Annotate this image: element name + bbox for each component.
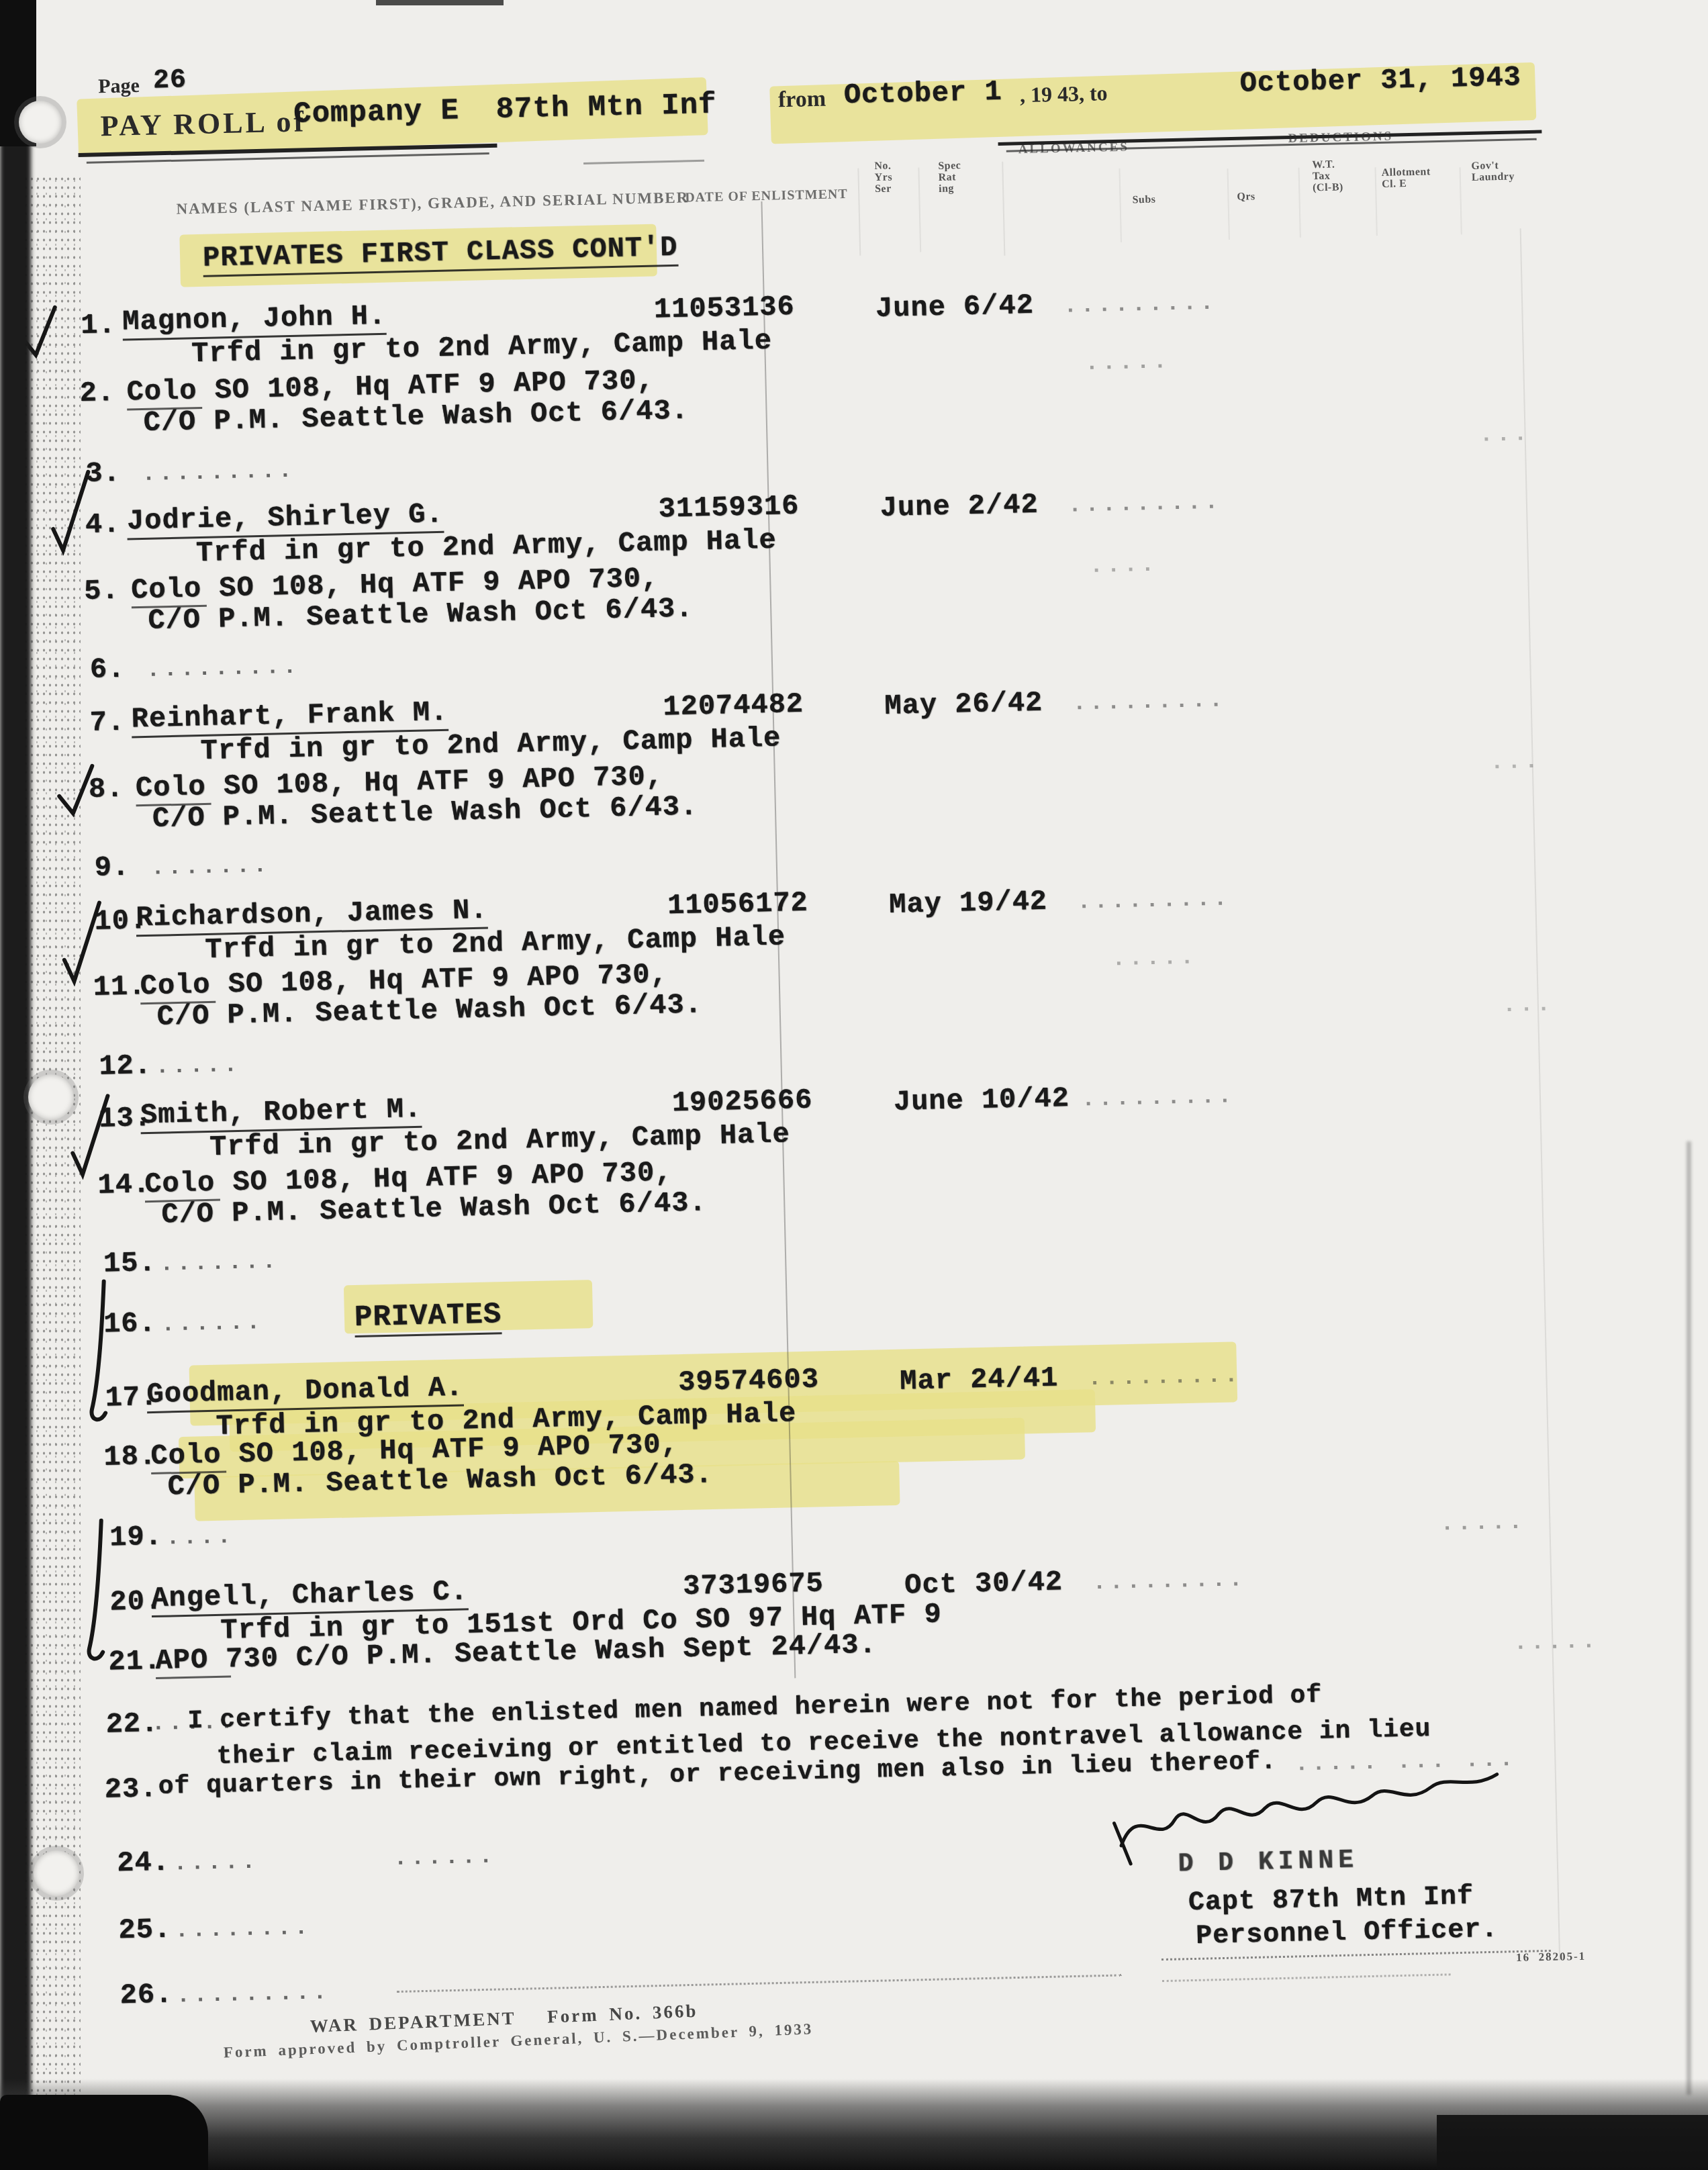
column-divider	[918, 168, 921, 252]
entry-blank-dots: ......	[393, 1844, 496, 1872]
column-divider	[1460, 167, 1462, 234]
entry-number: 7.	[89, 706, 125, 739]
punch-hole	[34, 1850, 79, 1896]
entry-serial: 19025666	[671, 1084, 813, 1120]
punch-hole	[28, 1074, 74, 1120]
entry-number: 9.	[94, 851, 130, 884]
column-divider	[1119, 169, 1121, 242]
section-header-privates: PRIVATES	[354, 1298, 502, 1337]
column-header-subs: Subs	[1132, 195, 1155, 207]
entry-blank-dots: .....	[155, 1053, 241, 1080]
entry-serial: 11056172	[667, 887, 809, 923]
entry-number: 5.	[84, 575, 120, 608]
column-header-allowances: ALLOWANCES	[1018, 140, 1130, 157]
page-label: Page	[98, 75, 140, 98]
scan-edge-speckle	[23, 175, 81, 2095]
entry-serial: 31159316	[658, 490, 800, 526]
entry-date: June 6/42	[875, 289, 1035, 325]
column-header-spec-rating: Spec Rat ing	[938, 160, 961, 195]
entry-number: 12.	[99, 1049, 152, 1083]
entry-number: 23.	[104, 1773, 158, 1806]
form-dotted-leader: ....	[1089, 553, 1157, 579]
entry-number: 2.	[79, 377, 115, 410]
entry-leader-dots: .........	[1092, 1567, 1246, 1596]
page-number: 26	[153, 65, 187, 96]
document-content: Page 26 PAY ROLL of Company E 87th Mtn I…	[0, 0, 1708, 2170]
column-header-deductions: DEDUCTIONS	[1288, 130, 1393, 147]
column-header-laundry: Gov't Laundry	[1471, 160, 1515, 183]
entry-blank-dots: .......	[160, 1249, 280, 1278]
entry-date: May 19/42	[889, 886, 1048, 921]
entry-date: June 2/42	[880, 489, 1039, 524]
scan-blob-bottom-right	[1437, 2115, 1708, 2170]
form-dotted-leader: ...	[1479, 422, 1531, 449]
form-dotted-leader: .....	[1085, 349, 1171, 377]
footer-dotted-rule	[397, 1974, 1122, 1993]
column-header-tax: W.T. Tax (Cl-B)	[1312, 159, 1343, 193]
entry-blank-dots: ........	[175, 1916, 312, 1944]
entry-number: 18.	[103, 1440, 157, 1474]
entry-number: 26.	[120, 1979, 173, 2012]
scan-blob-bottom-left	[0, 2095, 208, 2170]
entry-date: June 10/42	[893, 1082, 1070, 1119]
form-dotted-leader: .....	[1513, 1629, 1599, 1656]
entry-number: 1.	[81, 309, 116, 342]
footer-dotted-rule	[1162, 1973, 1451, 1982]
column-header-date-enlistment: DATE OF ENLISTMENT	[685, 187, 848, 205]
column-divider	[1298, 168, 1301, 238]
entry-serial: 39574603	[678, 1363, 820, 1399]
column-header-names: NAMES (LAST NAME FIRST), GRADE, AND SERI…	[176, 189, 689, 218]
period-mid-label: , 19 43, to	[1020, 81, 1108, 107]
entry-blank-dots: .......	[150, 853, 271, 882]
entry-number: 6.	[89, 653, 125, 686]
entry-leader-dots: .........	[1067, 490, 1221, 519]
form-dotted-leader: .....	[1440, 1510, 1526, 1538]
entry-blank-dots: .........	[176, 1980, 330, 2009]
form-dotted-leader: ...	[1490, 749, 1541, 776]
entry-number: 19.	[109, 1521, 163, 1554]
period-to-date: October 31, 1943	[1239, 61, 1521, 99]
payroll-document-page: Page 26 PAY ROLL of Company E 87th Mtn I…	[0, 0, 1708, 2170]
entry-leader-dots: .........	[1063, 291, 1217, 320]
entry-leader-dots: .........	[1088, 1363, 1241, 1392]
scan-edge-right	[1687, 1141, 1691, 2095]
header-rule	[583, 160, 704, 164]
column-header-yrs-ser: No. Yrs Ser	[874, 161, 893, 195]
entry-date: Oct 30/42	[904, 1566, 1063, 1601]
entry-serial: 37319675	[683, 1567, 824, 1603]
signature-underline	[1161, 1950, 1551, 1961]
signature-typed-name: D D KINNE	[1178, 1846, 1358, 1879]
column-divider	[1002, 162, 1005, 256]
entry-date: May 26/42	[884, 687, 1043, 722]
entry-serial: 12074482	[663, 688, 804, 724]
print-code: 16 28205-1	[1516, 1950, 1586, 1965]
entry-number: 15.	[103, 1247, 157, 1280]
column-divider	[1227, 169, 1230, 240]
entry-blank-dots: ....	[166, 1524, 234, 1551]
entry-serial: 11053136	[654, 291, 796, 326]
entry-leader-dots: .........	[1077, 886, 1231, 915]
entry-leader-dots: .........	[1081, 1084, 1235, 1113]
entry-number: 24.	[117, 1846, 171, 1880]
punch-hole	[19, 101, 62, 144]
column-header-allotment: Allotment Cl. E	[1382, 167, 1431, 190]
entry-leader-dots: .........	[1072, 688, 1226, 716]
entry-date: Mar 24/41	[900, 1362, 1059, 1397]
form-dotted-leader: .....	[1112, 945, 1198, 973]
entry-number: 25.	[118, 1914, 172, 1947]
entry-blank-dots: .........	[146, 655, 300, 683]
scan-top-smear	[376, 0, 504, 5]
column-header-qrs: Qrs	[1237, 191, 1255, 203]
right-column-rule	[1520, 228, 1561, 1960]
checkmark-annotation	[75, 1277, 121, 1435]
signature-rank: Capt 87th Mtn Inf	[1188, 1882, 1474, 1919]
entry-blank-dots: ......	[161, 1310, 264, 1337]
entry-blank-dots: .....	[173, 1850, 259, 1877]
column-divider	[1375, 167, 1378, 236]
entry-blank-dots: .........	[142, 459, 295, 487]
from-label: from	[778, 87, 826, 113]
payroll-label: PAY ROLL of	[100, 104, 307, 143]
period-from-date: October 1	[843, 76, 1002, 111]
column-divider	[857, 169, 861, 256]
form-dotted-leader: ...	[1502, 992, 1554, 1019]
signature-title: Personnel Officer.	[1196, 1915, 1499, 1952]
